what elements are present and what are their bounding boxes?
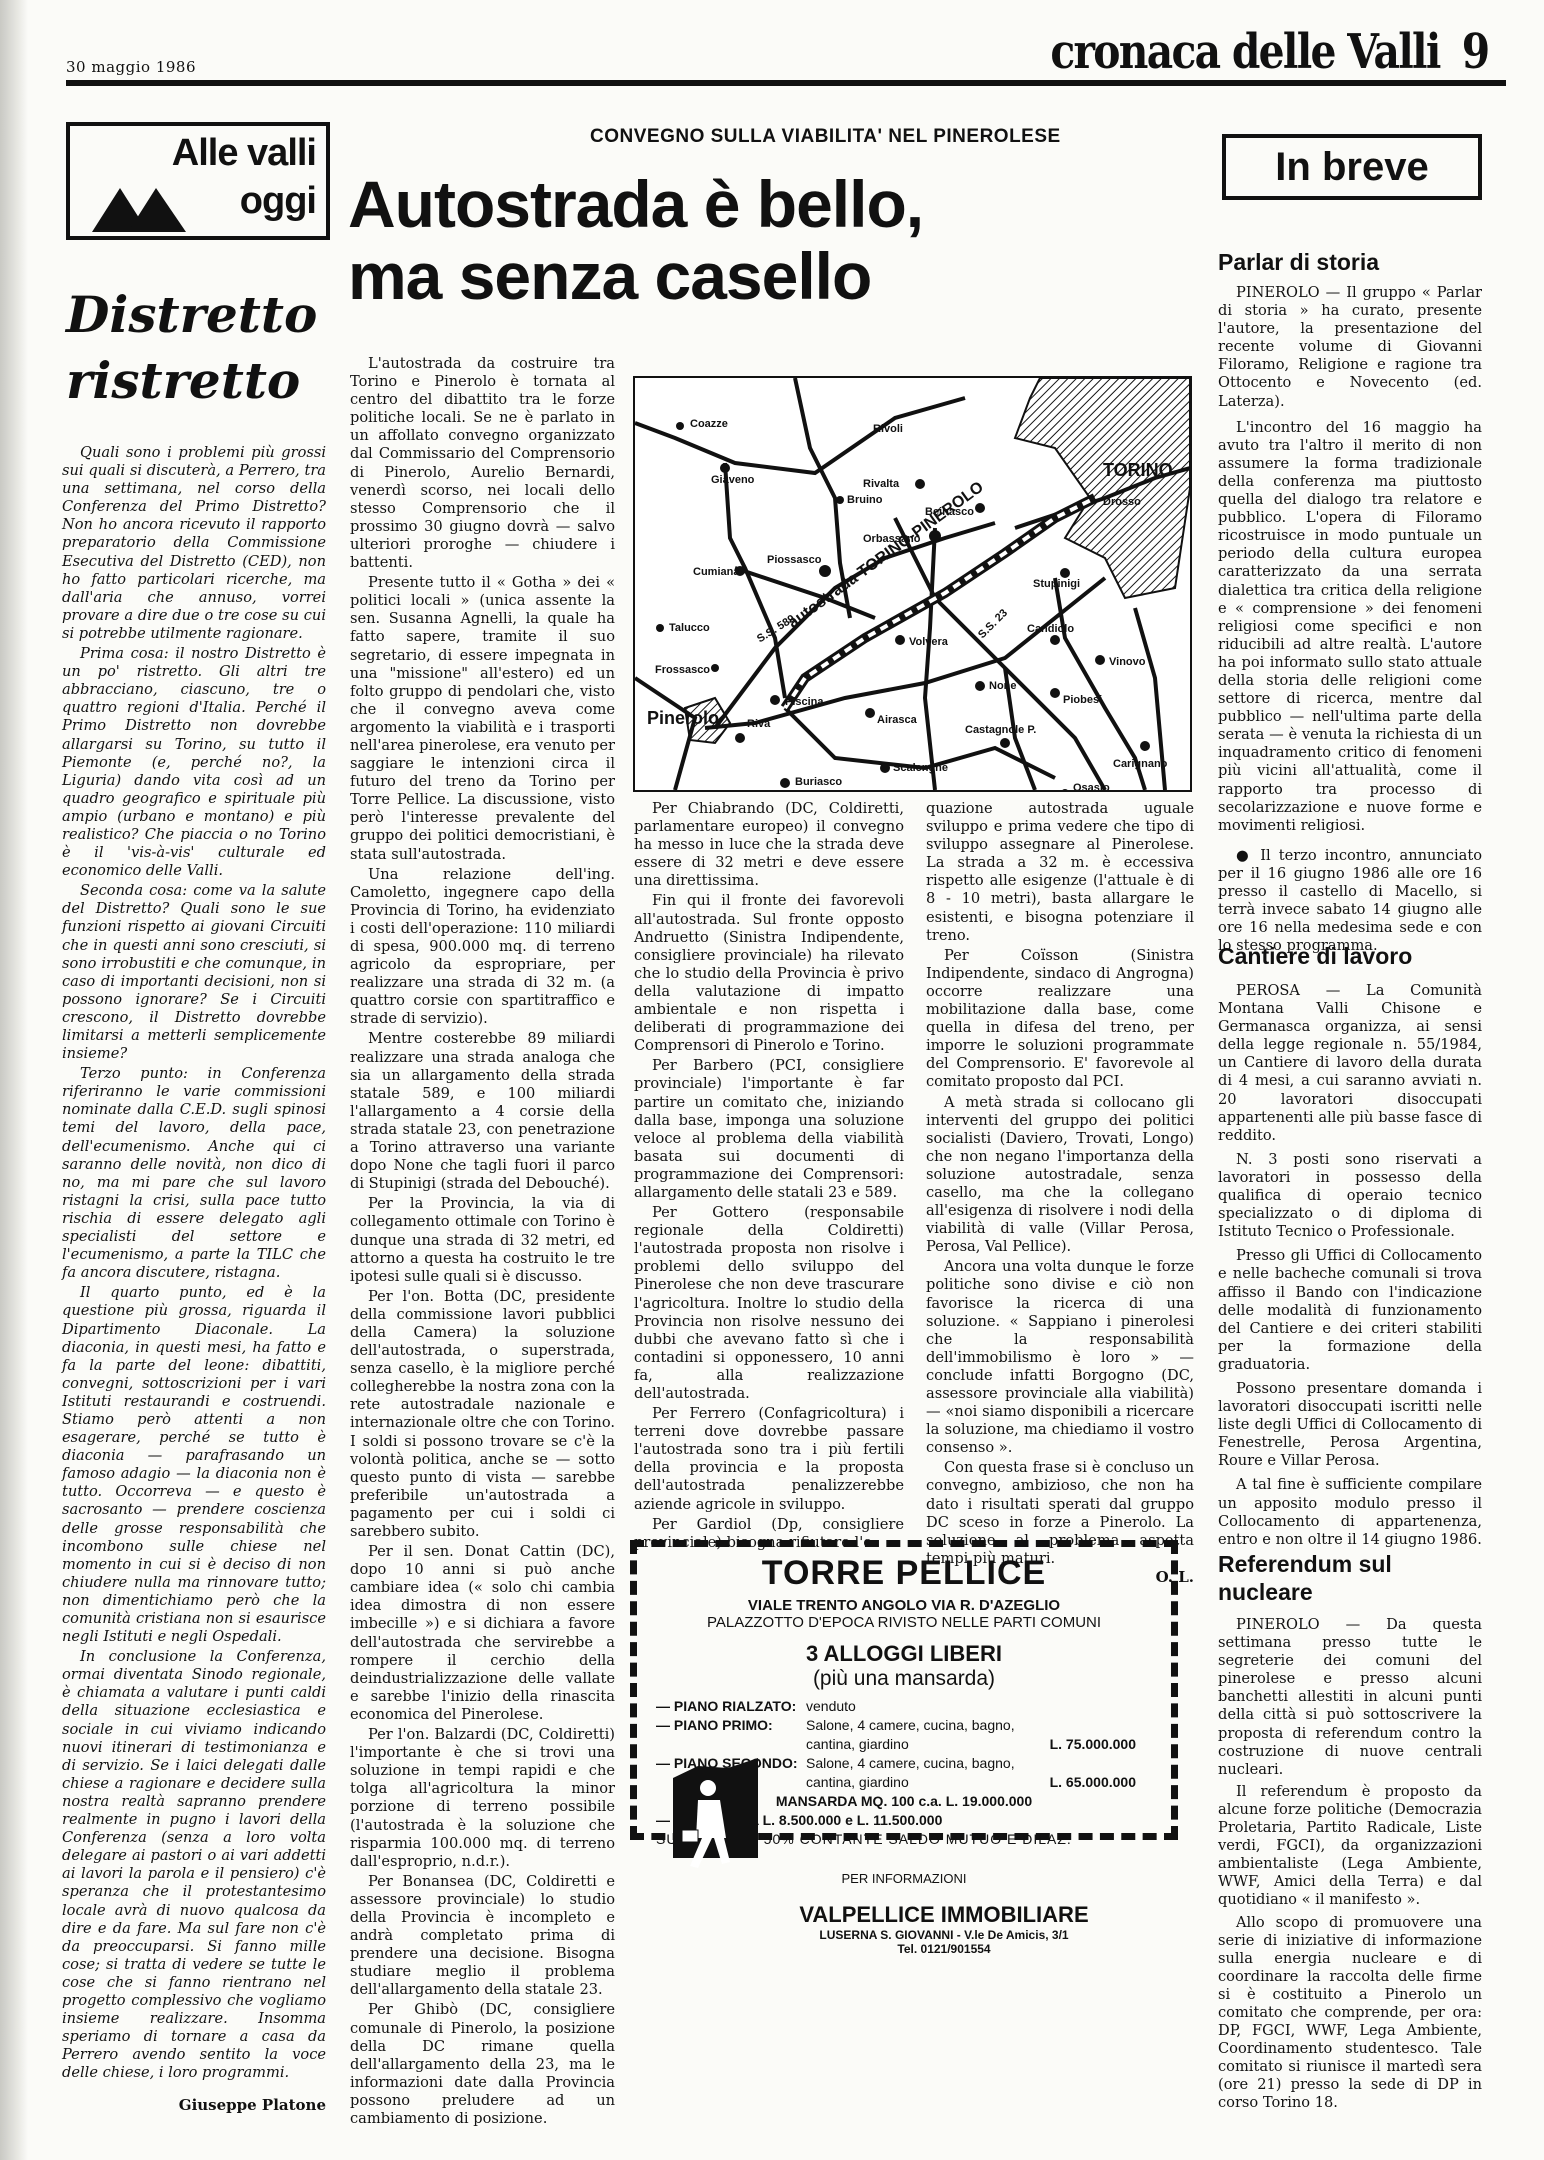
- paragraph: Quali sono i problemi più grossi sui qua…: [62, 444, 326, 643]
- paragraph: Per l'on. Botta (DC, presidente della co…: [350, 1288, 615, 1541]
- map-label: Coazze: [690, 418, 728, 430]
- paragraph: Terzo punto: in Conferenza riferiranno l…: [62, 1065, 326, 1282]
- real-estate-advertisement: TORRE PELLICE VIALE TRENTO ANGOLO VIA R.…: [630, 1540, 1178, 1840]
- ad-listing-row: — PIANO RIALZATO: venduto: [656, 1697, 1136, 1716]
- ad-company-name: VALPELLICE IMMOBILIARE: [720, 1902, 1168, 1928]
- map-label: Rivalta: [863, 478, 899, 490]
- paragraph: PINEROLO — Da questa settimana presso tu…: [1218, 1616, 1482, 1779]
- paragraph: A tal fine è sufficiente compilare un ap…: [1218, 1476, 1482, 1548]
- paragraph: ● Il terzo incontro, annunciato per il 1…: [1218, 847, 1482, 956]
- page-number: 9: [1461, 24, 1488, 80]
- ad-row-label: — PIANO PRIMO:: [656, 1716, 806, 1754]
- ad-headline: 3 ALLOGGI LIBERI: [640, 1641, 1168, 1667]
- paragraph: Il quarto punto, ed è la questione più g…: [62, 1284, 326, 1646]
- ad-company-address: LUSERNA S. GIOVANNI - V.le De Amicis, 3/…: [720, 1928, 1168, 1942]
- paragraph: Per Barbero (PCI, consigliere provincial…: [634, 1057, 904, 1202]
- paragraph: Allo scopo di promuovere una serie di in…: [1218, 1914, 1482, 2113]
- map-label: Piscina: [785, 696, 824, 708]
- paragraph: Per Gottero (responsabile regionale dell…: [634, 1204, 904, 1403]
- headline-line2: ma senza casello: [348, 240, 1188, 312]
- paragraph: Prima cosa: il nostro Distretto è un po'…: [62, 645, 326, 880]
- map-label: Buriasco: [795, 776, 842, 788]
- brief-title: Cantiere di lavoro: [1218, 942, 1412, 970]
- paragraph: In conclusione la Conferenza, ormai dive…: [62, 1648, 326, 2082]
- paragraph: PEROSA — La Comunità Montana Valli Chiso…: [1218, 982, 1482, 1145]
- paragraph: L'autostrada da costruire tra Torino e P…: [350, 355, 615, 572]
- map-label: Giaveno: [711, 474, 754, 486]
- editorial-title-line1: Distretto: [66, 282, 336, 348]
- article-headline: Autostrada è bello, ma senza casello: [348, 168, 1188, 312]
- map-label: Riva: [747, 718, 770, 730]
- map-label: Volvera: [909, 636, 948, 648]
- ad-info-label: PER INFORMAZIONI: [640, 1871, 1168, 1886]
- issue-date: 30 maggio 1986: [66, 58, 196, 76]
- paragraph: Possono presentare domanda i lavoratori …: [1218, 1380, 1482, 1470]
- paragraph: Ancora una volta dunque le forze politic…: [926, 1258, 1194, 1457]
- paragraph: A metà strada si collocano gli intervent…: [926, 1094, 1194, 1257]
- ad-row-detail: Salone, 4 camere, cucina, bagno, cantina…: [806, 1716, 1016, 1754]
- paragraph: quazione autostrada uguale sviluppo e pr…: [926, 800, 1194, 945]
- map-label: Stupinigi: [1033, 578, 1080, 590]
- ad-row-price: L. 75.000.000: [1016, 1735, 1136, 1754]
- walking-person-icon: [668, 1758, 758, 1868]
- editorial-body: Quali sono i problemi più grossi sui qua…: [62, 444, 326, 2130]
- paragraph: Per l'on. Balzardi (DC, Coldiretti) l'im…: [350, 1726, 615, 1871]
- brief-body: PEROSA — La Comunità Montana Valli Chiso…: [1218, 982, 1482, 1549]
- ad-listing-row: — PIANO PRIMO: Salone, 4 camere, cucina,…: [656, 1716, 1136, 1754]
- paragraph: PINEROLO — Il gruppo « Parlar di storia …: [1218, 284, 1482, 411]
- paragraph: Presso gli Uffici di Collocamento e nell…: [1218, 1247, 1482, 1374]
- paragraph: Il referendum è proposto da alcune forze…: [1218, 1783, 1482, 1910]
- map-label: Airasca: [877, 714, 917, 726]
- paragraph: Per il sen. Donat Cattin (DC), dopo 10 a…: [350, 1543, 615, 1724]
- paragraph: Per Ferrero (Confagricoltura) i terreni …: [634, 1405, 904, 1514]
- brief-title: Referendum sul nucleare: [1218, 1550, 1392, 1606]
- map-label: None: [989, 680, 1017, 692]
- map-label: Scalenghe: [893, 762, 948, 774]
- paragraph: N. 3 posti sono riservati a lavoratori i…: [1218, 1151, 1482, 1241]
- ad-phone: Tel. 0121/901554: [720, 1942, 1168, 1956]
- map-label: Drosso: [1103, 496, 1141, 508]
- mountains-icon: [92, 184, 190, 232]
- in-breve-box: In breve: [1222, 134, 1482, 200]
- map-label: Candiolo: [1027, 623, 1074, 635]
- ad-description: PALAZZOTTO D'EPOCA RIVISTO NELLE PARTI C…: [640, 1614, 1168, 1631]
- ad-address: VIALE TRENTO ANGOLO VIA R. D'AZEGLIO: [640, 1597, 1168, 1614]
- paragraph: Presente tutto il « Gotha » dei « politi…: [350, 574, 615, 864]
- headline-line1: Autostrada è bello,: [348, 168, 1188, 240]
- editorial-author: Giuseppe Platone: [179, 2096, 326, 2114]
- editorial-title-line2: ristretto: [66, 348, 336, 414]
- map-label: Piossasco: [767, 554, 821, 566]
- map-label: Talucco: [669, 622, 710, 634]
- brief-title-line2: nucleare: [1218, 1578, 1392, 1606]
- ad-row-price: L. 65.000.000: [1016, 1773, 1136, 1792]
- article-column-2: Per Chiabrando (DC, Coldiretti, parlamen…: [634, 800, 904, 1552]
- map-label: Osasio: [1073, 782, 1110, 792]
- paragraph: Mentre costerebbe 89 miliardi realizzare…: [350, 1030, 615, 1193]
- ad-row-price: [1016, 1697, 1136, 1716]
- map-label: Castagnole P.: [965, 724, 1036, 736]
- article-kicker: CONVEGNO SULLA VIABILITA' NEL PINEROLESE: [590, 126, 1061, 148]
- paragraph: Fin qui il fronte dei favorevoli all'aut…: [634, 892, 904, 1055]
- road-map-figure: Coazze Giaveno Rivoli TORINO Rivalta Bru…: [633, 376, 1192, 792]
- article-column-3: quazione autostrada uguale sviluppo e pr…: [926, 800, 1194, 1588]
- header-rule: [66, 80, 1506, 86]
- ad-title: TORRE PELLICE: [640, 1554, 1168, 1593]
- section-title: cronaca delle Valli: [1050, 24, 1439, 80]
- paragraph: Per Bonansea (DC, Coldiretti e assessore…: [350, 1873, 615, 2000]
- brief-body: PINEROLO — Da questa settimana presso tu…: [1218, 1616, 1482, 2113]
- map-label: Frossasco: [655, 664, 710, 676]
- article-column-1: L'autostrada da costruire tra Torino e P…: [350, 355, 615, 2128]
- map-label-pinerolo: Pinerolo: [647, 708, 719, 729]
- column-tag-line1: Alle valli: [172, 132, 316, 175]
- brief-title-line1: Referendum sul: [1218, 1550, 1392, 1578]
- page-edge-shadow: [0, 0, 28, 2160]
- map-label: Cumiana: [693, 566, 739, 578]
- paragraph: Una relazione dell'ing. Camoletto, ingeg…: [350, 866, 615, 1029]
- paragraph: Seconda cosa: come va la salute del Dist…: [62, 882, 326, 1063]
- section-masthead: cronaca delle Valli9: [1050, 24, 1488, 80]
- map-label-torino: TORINO: [1103, 460, 1173, 481]
- brief-body: PINEROLO — Il gruppo « Parlar di storia …: [1218, 284, 1482, 955]
- ad-row-label: — PIANO RIALZATO:: [656, 1697, 806, 1716]
- ad-row-detail: Salone, 4 camere, cucina, bagno, cantina…: [806, 1754, 1016, 1792]
- ad-row-detail: venduto: [806, 1697, 1016, 1716]
- map-label: Carignano: [1113, 758, 1167, 770]
- paragraph: Per Chiabrando (DC, Coldiretti, parlamen…: [634, 800, 904, 890]
- paragraph: L'incontro del 16 maggio ha avuto tra l'…: [1218, 419, 1482, 835]
- map-label: Piobesi: [1063, 694, 1102, 706]
- ad-subheadline: (più una mansarda): [640, 1667, 1168, 1691]
- map-label: Vinovo: [1109, 656, 1145, 668]
- brief-title: Parlar di storia: [1218, 248, 1379, 276]
- column-tag-box: Alle valli oggi: [66, 122, 330, 240]
- column-tag-line2: oggi: [240, 180, 316, 223]
- map-label: Bruino: [847, 494, 882, 506]
- signature-row: Giuseppe Platone: [62, 2096, 326, 2130]
- paragraph: Per Coïsson (Sinistra Indipendente, sind…: [926, 947, 1194, 1092]
- paragraph: Per la Provincia, la via di collegamento…: [350, 1195, 615, 1285]
- map-label: Rivoli: [873, 423, 903, 435]
- paragraph: Per Ghibò (DC, consigliere comunale di P…: [350, 2001, 615, 2128]
- editorial-title: Distretto ristretto: [66, 282, 336, 414]
